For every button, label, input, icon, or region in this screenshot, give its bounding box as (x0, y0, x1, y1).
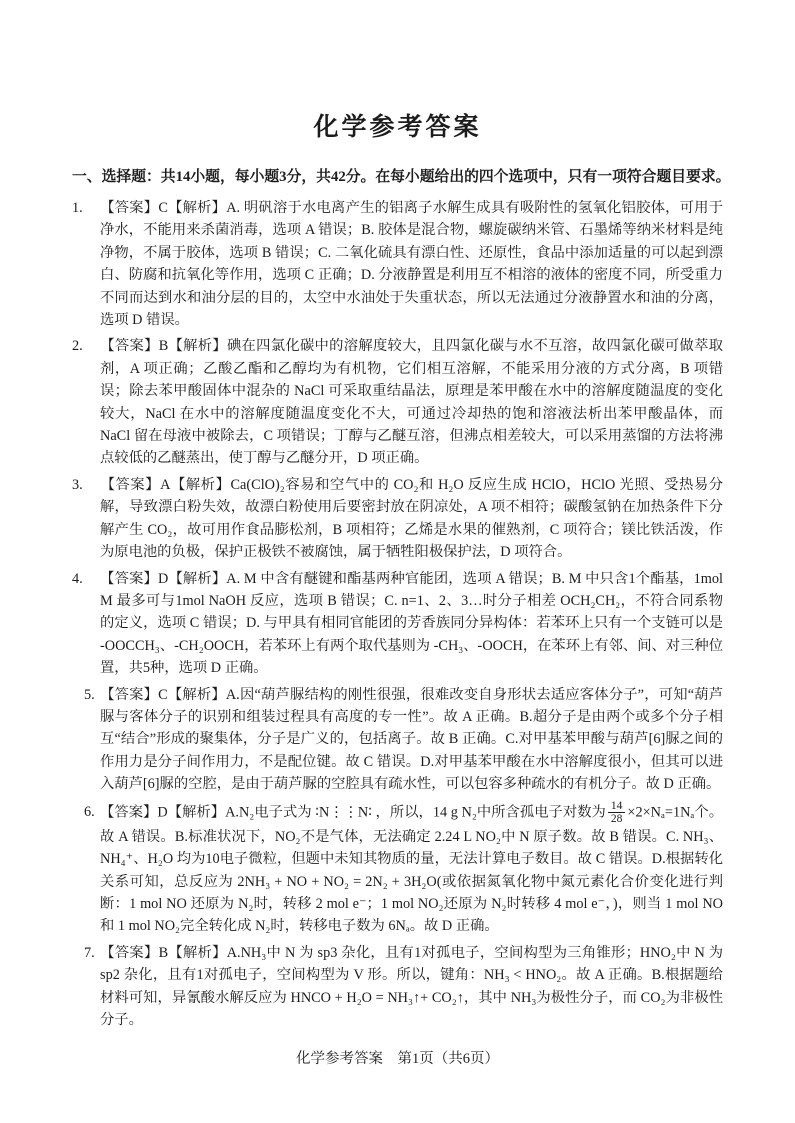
fraction-denominator: 28 (608, 813, 626, 826)
answer-item-1: 1.【答案】C【解析】A. 明矾溶于水电离产生的铝离子水解生成具有吸附性的氢氧化… (72, 197, 723, 331)
analysis-label: 【解析】 (168, 687, 226, 703)
answer-value: C (158, 200, 168, 216)
answer-item-3: 3.【答案】A【解析】Ca(ClO)₂容易和空气中的 CO₂和 H₂O 反应生成… (72, 474, 723, 564)
page-footer: 化学参考答案 第1页（共6页） (0, 1047, 795, 1068)
answer-value: C (158, 687, 168, 703)
answer-label: 【答案】 (100, 945, 159, 961)
page-title: 化学参考答案 (72, 112, 723, 144)
explanation-text: A.N₂电子式为 ∶N⋮⋮N∶ ，所以，14 g N₂中所含孤电子对数为 (225, 804, 606, 820)
answer-item-4: 4.【答案】D【解析】A. M 中含有醚键和酯基两种官能团，选项 A 错误；B.… (72, 568, 723, 680)
answer-label: 【答案】 (100, 477, 160, 493)
analysis-label: 【解析】 (168, 338, 227, 354)
analysis-label: 【解析】 (168, 804, 225, 820)
answer-item-5: 5.【答案】C【解析】A.因“葫芦脲结构的刚性很强，很难改变自身形状去适应客体分… (72, 684, 723, 796)
answer-value: D (158, 571, 168, 587)
item-number: 1. (72, 197, 100, 219)
answer-label: 【答案】 (100, 200, 158, 216)
item-number: 7. (84, 942, 100, 964)
answer-label: 【答案】 (100, 338, 159, 354)
answer-value: B (159, 338, 169, 354)
item-number: 3. (72, 474, 100, 496)
answer-item-7: 7.【答案】B【解析】A.NH₃中 N 为 sp3 杂化，且有1对孤电子，空间构… (72, 942, 723, 1032)
answer-value: D (157, 804, 167, 820)
answer-label: 【答案】 (100, 804, 157, 820)
answer-value: B (159, 945, 169, 961)
item-number: 2. (72, 335, 100, 357)
section-header: 一、选择题：共14小题，每小题3分，共42分。在每小题给出的四个选项中，只有一项… (72, 166, 723, 188)
explanation-text: ×2×Nₐ=1Nₐ个。故 A 错误。B.标准状况下，NO₂不是气体，无法确定 2… (100, 804, 723, 935)
answer-label: 【答案】 (100, 687, 158, 703)
fraction: 1428 (608, 800, 626, 826)
item-number: 6. (84, 801, 100, 823)
explanation-text: 碘在四氯化碳中的溶解度较大，且四氯化碳与水不互溶，故四氯化碳可做萃取剂，A 项正… (100, 338, 723, 466)
analysis-label: 【解析】 (168, 571, 226, 587)
fraction-numerator: 14 (608, 800, 626, 814)
answer-sheet-page: 化学参考答案 一、选择题：共14小题，每小题3分，共42分。在每小题给出的四个选… (0, 0, 795, 1123)
item-number: 4. (72, 568, 100, 590)
answer-item-2: 2.【答案】B【解析】碘在四氯化碳中的溶解度较大，且四氯化碳与水不互溶，故四氯化… (72, 335, 723, 469)
explanation-text: A. 明矾溶于水电离产生的铝离子水解生成具有吸附性的氢氧化铝胶体，可用于净水，不… (100, 200, 723, 328)
analysis-label: 【解析】 (168, 200, 226, 216)
item-number: 5. (84, 684, 100, 706)
analysis-label: 【解析】 (170, 477, 230, 493)
answer-item-6: 6.【答案】D【解析】A.N₂电子式为 ∶N⋮⋮N∶ ，所以，14 g N₂中所… (72, 800, 723, 938)
answer-value: A (160, 477, 170, 493)
answer-label: 【答案】 (100, 571, 158, 587)
analysis-label: 【解析】 (168, 945, 227, 961)
